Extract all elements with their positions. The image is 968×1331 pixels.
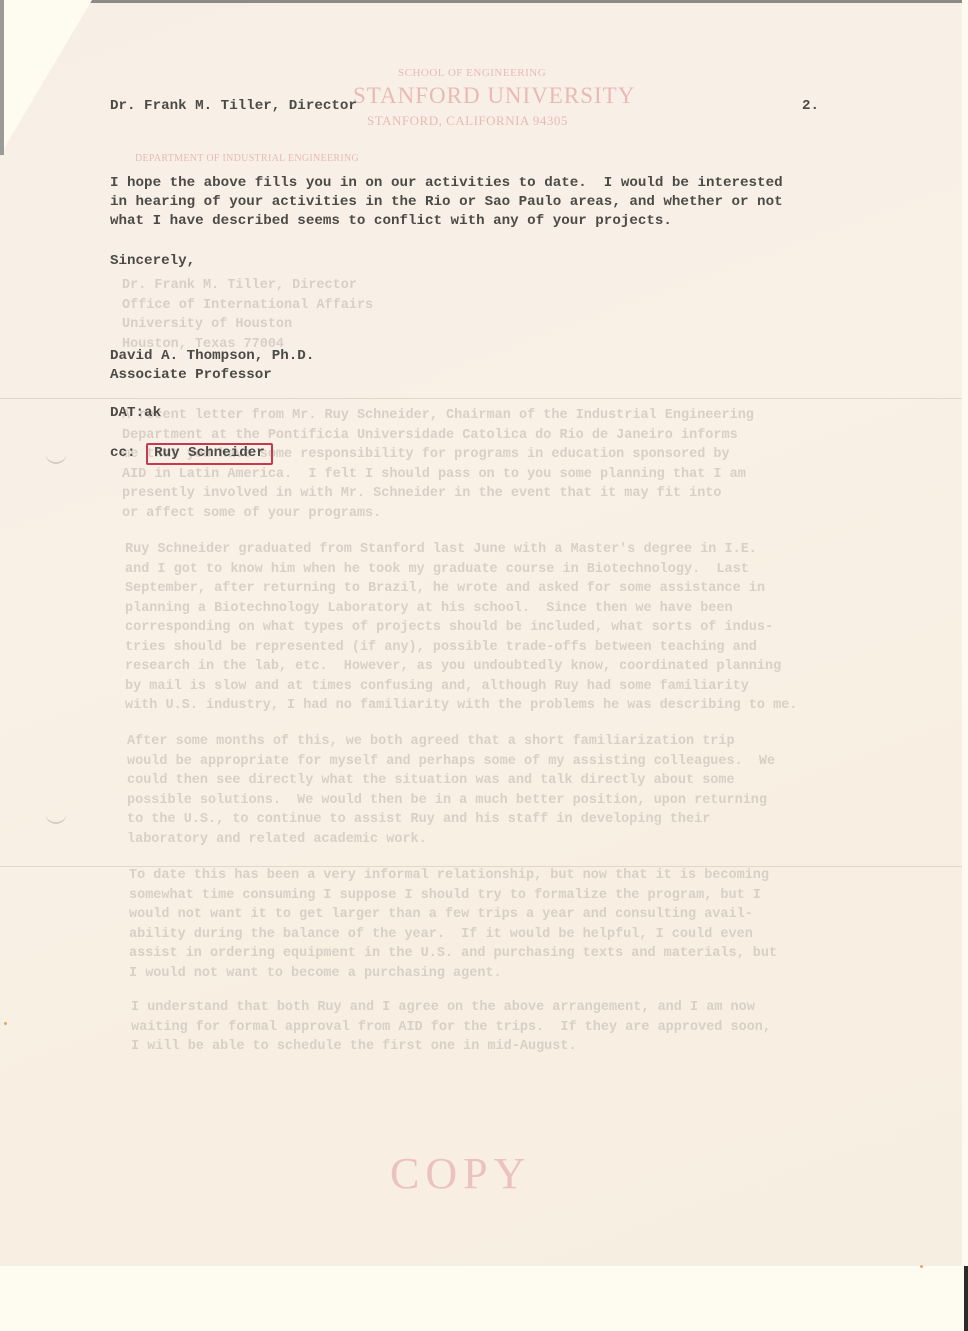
paper-fold [0, 398, 962, 399]
body-line: what I have described seems to conflict … [110, 213, 672, 229]
show-through-paragraph: To date this has been a very informal re… [129, 866, 777, 983]
copy-stamp: COPY [390, 1148, 531, 1199]
cc-recipient-highlighted[interactable]: Ruy Schneider [146, 443, 273, 465]
scan-edge [0, 0, 4, 155]
letterhead-school: SCHOOL OF ENGINEERING [398, 67, 546, 79]
body-paragraph: I hope the above fills you in on our act… [110, 174, 783, 232]
body-line: in hearing of your activities in the Rio… [110, 194, 783, 210]
paper-speck [4, 1022, 7, 1025]
addressee-line: Dr. Frank M. Tiller, Director [110, 97, 357, 116]
signer-title: Associate Professor [110, 367, 272, 383]
show-through-paragraph: I understand that both Ruy and I agree o… [131, 998, 771, 1057]
body-line: I hope the above fills you in on our act… [110, 175, 783, 191]
cc-line: cc: Ruy Schneider [110, 443, 273, 465]
page-number: 2. [802, 97, 819, 116]
scan-edge [964, 1266, 968, 1331]
show-through-paragraph: Ruy Schneider graduated from Stanford la… [125, 540, 797, 716]
letterhead-city: STANFORD, CALIFORNIA 94305 [367, 113, 568, 129]
show-through-paragraph: After some months of this, we both agree… [127, 732, 775, 849]
cc-label: cc: [110, 445, 136, 461]
paper-speck [920, 1265, 923, 1268]
show-through-address: Dr. Frank M. Tiller, Director Office of … [122, 276, 373, 354]
signer-name: David A. Thompson, Ph.D. [110, 348, 314, 364]
reference-initials: DAT:ak [110, 404, 161, 423]
signature-block: David A. Thompson, Ph.D. Associate Profe… [110, 347, 314, 385]
closing: Sincerely, [110, 252, 195, 271]
letterhead-department: DEPARTMENT OF INDUSTRIAL ENGINEERING [135, 153, 359, 164]
letterhead-university: STANFORD UNIVERSITY [353, 83, 635, 109]
